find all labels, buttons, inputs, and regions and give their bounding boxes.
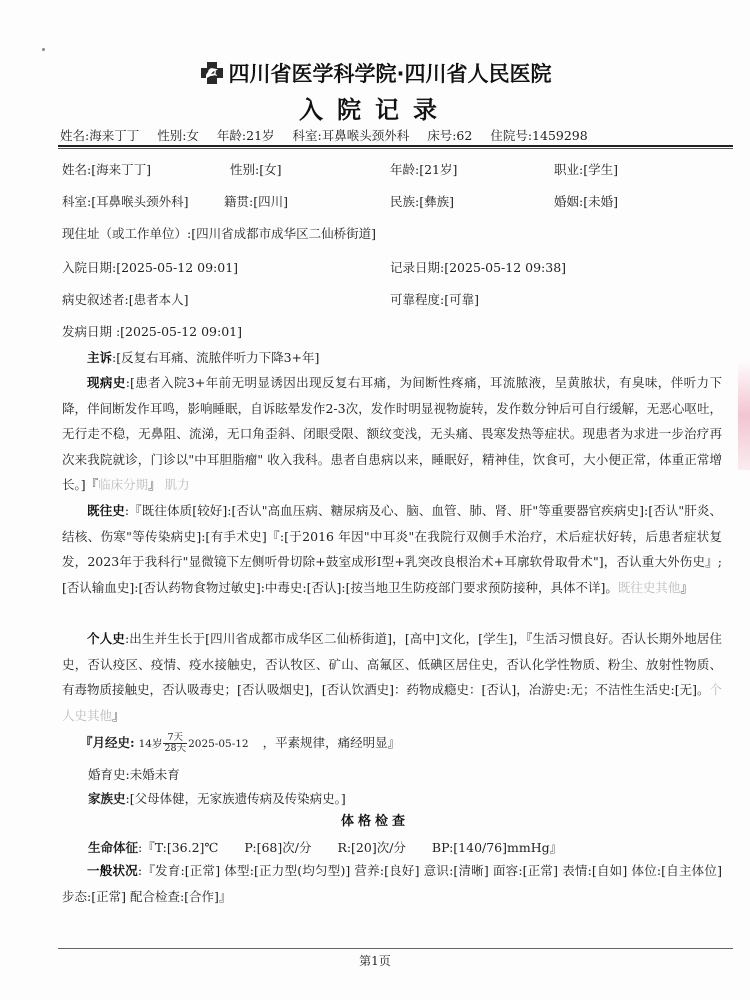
scan-speck — [42, 48, 45, 51]
personal-history-label: 个人史 — [87, 631, 125, 646]
footer-divider — [58, 948, 733, 949]
personal-history-close: 』 — [112, 708, 125, 723]
present-illness-text: :[患者入院3+年前无明显诱因出现反复右耳痛，为间断性疼痛，耳流脓液，呈黄脓状，… — [62, 375, 722, 492]
field-record-date: 记录日期:[2025-05-12 09:38] — [390, 258, 566, 276]
chief-complaint: 主诉:[反复右耳痛、流脓伴听力下降3+年] — [62, 345, 722, 371]
last-menstrual-date: 2025-05-12 — [188, 738, 249, 750]
field-narrator: 病史叙述者:[患者本人] — [62, 290, 188, 308]
family-history: 家族史:[父母体健，无家族遗传病及传染病史。] — [88, 789, 346, 807]
general-condition-label: 一般状况 — [87, 863, 138, 878]
chief-complaint-label: 主诉 — [87, 350, 112, 365]
vital-signs-label: 生命体征 — [88, 840, 138, 855]
chief-complaint-text: :[反复右耳痛、流脓伴听力下降3+年] — [112, 350, 319, 365]
document-title: 入院记录 — [0, 90, 750, 125]
page-number: 第1页 — [0, 952, 750, 969]
summary-name: 姓名:海来丁丁 — [60, 128, 139, 143]
vital-signs-open: :『 — [138, 840, 155, 855]
field-department: 科室:[耳鼻喉头颈外科] — [62, 192, 188, 210]
field-onset-date: 发病日期 :[2025-05-12 09:01] — [62, 322, 242, 340]
admission-record-page: 四川省医学科学院·四川省人民医院 入院记录 姓名:海来丁丁 性别:女 年龄:21… — [0, 0, 750, 1000]
clinical-stage-placeholder: 临床分期 — [98, 477, 148, 492]
hospital-name: 四川省医学科学院·四川省人民医院 — [229, 62, 552, 86]
present-illness-close: 』 — [148, 477, 161, 492]
personal-history-text: :出生并生长于[四川省成都市成华区二仙桥街道]，[高中]文化，[学生]，『生活习… — [62, 631, 722, 697]
past-history-other-placeholder: 既往史其他 — [618, 580, 681, 595]
muscle-strength-placeholder: 肌力 — [165, 477, 190, 492]
field-sex: 性别:[女] — [230, 160, 281, 178]
field-native-place: 籍贯:[四川] — [224, 192, 288, 210]
present-illness-label: 现病史 — [87, 375, 126, 390]
patient-summary-bar: 姓名:海来丁丁 性别:女 年龄:21岁 科室:耳鼻喉头颈外科 床号:62 住院号… — [60, 126, 730, 144]
menstrual-history: 『月经史: 14岁7天28天2025-05-12 ，平素规律，痛经明显』 — [80, 733, 400, 754]
summary-admission-no: 住院号:1459298 — [490, 128, 587, 143]
field-age: 年龄:[21岁] — [390, 160, 457, 178]
red-seal-edge — [738, 360, 750, 470]
physical-exam-heading: 体格检查 — [0, 810, 750, 829]
general-condition-text: :『发育:[正常] 体型:[正力型(均匀型)] 营养:[良好] 意识:[清晰] … — [62, 863, 722, 904]
past-history-close: 』 — [680, 580, 693, 595]
hospital-header: 四川省医学科学院·四川省人民医院 — [0, 58, 750, 88]
family-history-text: :[父母体健，无家族遗传病及传染病史。] — [126, 791, 346, 806]
field-reliability: 可靠程度:[可靠] — [390, 290, 479, 308]
summary-sex: 性别:女 — [157, 128, 199, 143]
summary-age: 年龄:21岁 — [217, 128, 275, 143]
past-history: 既往史:『既往体质[较好]:[否认"高血压病、糖尿病及心、脑、血管、肺、肾、肝"… — [62, 498, 722, 600]
field-admission-date: 入院日期:[2025-05-12 09:01] — [62, 258, 238, 276]
field-marital: 婚姻:[未婚] — [554, 192, 618, 210]
marriage-history: 婚育史:未婚未育 — [88, 765, 180, 783]
present-illness: 现病史:[患者入院3+年前无明显诱因出现反复右耳痛，为间断性疼痛，耳流脓液，呈黄… — [62, 370, 722, 498]
menarche-age: 14岁 — [139, 738, 163, 750]
menstrual-history-label: 『月经史: — [80, 735, 135, 750]
hospital-cross-logo-icon — [199, 60, 225, 86]
header-divider — [58, 145, 733, 147]
general-condition: 一般状况:『发育:[正常] 体型:[正力型(均匀型)] 营养:[良好] 意识:[… — [62, 858, 722, 909]
summary-department: 科室:耳鼻喉头颈外科 — [293, 128, 410, 143]
field-address: 现住址（或工作单位）:[四川省成都市成华区二仙桥街道] — [62, 224, 376, 242]
vital-signs: 生命体征:『T:[36.2]℃ P:[68]次/分 R:[20]次/分 BP:[… — [88, 838, 562, 856]
pulse: P:[68]次/分 — [244, 840, 311, 855]
personal-history: 个人史:出生并生长于[四川省成都市成华区二仙桥街道]，[高中]文化，[学生]，『… — [62, 626, 722, 728]
field-name: 姓名:[海来丁丁] — [62, 160, 151, 178]
respiration: R:[20]次/分 — [337, 840, 406, 855]
header-divider-thin — [58, 148, 733, 149]
past-history-label: 既往史 — [87, 503, 125, 518]
family-history-label: 家族史 — [88, 791, 126, 806]
menstrual-cycle-fraction: 7天28天 — [163, 733, 187, 754]
field-ethnicity: 民族:[彝族] — [390, 192, 454, 210]
temperature: T:[36.2]℃ — [155, 840, 219, 855]
field-occupation: 职业:[学生] — [554, 160, 618, 178]
blood-pressure: BP:[140/76]mmHg』 — [432, 840, 562, 855]
menstrual-description: ，平素规律，痛经明显』 — [263, 735, 401, 750]
cycle-length: 28天 — [163, 744, 187, 754]
summary-bed: 床号:62 — [427, 128, 472, 143]
